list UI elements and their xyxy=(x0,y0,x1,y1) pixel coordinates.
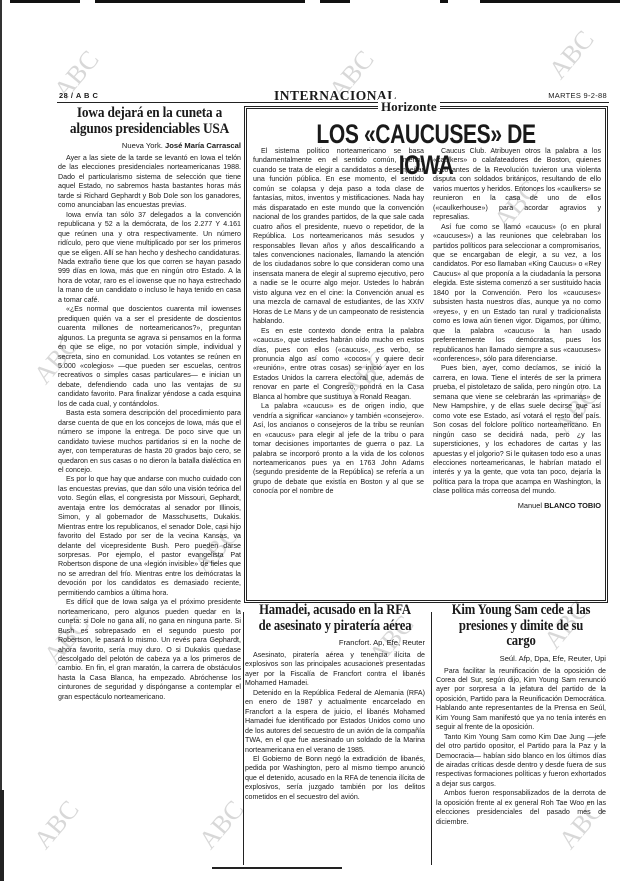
paragraph: Pues bien, ayer, como decíamos, se inici… xyxy=(433,364,601,496)
issue-date: MARTES 9-2-88 xyxy=(548,91,607,100)
author: José María Carrascal xyxy=(165,141,241,150)
column-kicker: Horizonte xyxy=(378,99,440,115)
abc-watermark: ABC xyxy=(28,795,85,855)
horizonte-column: Horizonte LOS «CAUCUSES» DE IOWA El sist… xyxy=(244,106,608,603)
footer-rule xyxy=(212,867,342,869)
article-byline: Nueva York. José María Carrascal xyxy=(58,141,241,150)
paragraph: Detenido en la República Federal de Alem… xyxy=(245,689,425,755)
paragraph: El sistema político norteamericano se ba… xyxy=(253,147,424,327)
column-text-left: El sistema político norteamericano se ba… xyxy=(253,147,424,497)
paragraph: Es difícil que de Iowa salga ya el próxi… xyxy=(58,598,241,702)
paragraph: Es por lo que hay que andarse con mucho … xyxy=(58,475,241,598)
paragraph: Ambos fueron responsabilizados de la der… xyxy=(436,789,606,827)
paragraph: Basta esta somera descripción del proced… xyxy=(58,409,241,475)
paragraph: Ayer a las siete de la tarde se levantó … xyxy=(58,154,241,211)
column-divider xyxy=(243,612,244,865)
paragraph: Tanto Kim Young Sam como Kim Dae Jung —j… xyxy=(436,733,606,790)
column-signature: Manuel BLANCO TOBIO xyxy=(433,501,601,510)
paragraph: Es en este contexto donde entra la palab… xyxy=(253,327,424,403)
paragraph: La palabra «caucus» es de origen indio, … xyxy=(253,402,424,497)
paragraph: El Gobierno de Bonn negó la extradición … xyxy=(245,755,425,802)
article-dateline: Seúl. Afp, Dpa, Efe, Reuter, Upi xyxy=(436,654,606,663)
page-edge-shadow xyxy=(0,790,4,881)
previous-page-edge xyxy=(0,0,620,5)
article-headline: Hamadei, acusado en la RFA de asesinato … xyxy=(256,603,414,634)
article-hamadei: Hamadei, acusado en la RFA de asesinato … xyxy=(245,603,425,802)
paragraph: Así fue como se llamó «caucus» (o en plu… xyxy=(433,223,601,365)
paragraph: Para facilitar la reunificación de la op… xyxy=(436,667,606,733)
page-header: 28 / A B C INTERNACIONAL MARTES 9-2-88 xyxy=(57,88,609,103)
column-divider xyxy=(431,612,432,865)
article-body: Asesinato, piratería aérea y tenencia il… xyxy=(245,651,425,802)
article-headline: Kim Young Sam cede a las presiones y dim… xyxy=(446,603,596,650)
paragraph: «¿Es normal que doscientos cuarenta mil … xyxy=(58,305,241,409)
article-headline: Iowa dejará en la cuneta a algunos presi… xyxy=(67,106,232,137)
article-iowa: Iowa dejará en la cuneta a algunos presi… xyxy=(58,106,241,702)
author-first-name: Manuel xyxy=(518,501,542,510)
abc-watermark: ABC xyxy=(543,25,600,85)
column-text-right: Caucus Club. Atribuyen otros la palabra … xyxy=(433,147,601,510)
article-dateline: Francfort. Ap, Efe, Reuter xyxy=(245,638,425,647)
paragraph: Iowa envía tan sólo 37 delegados a la co… xyxy=(58,211,241,306)
article-body: Ayer a las siete de la tarde se levantó … xyxy=(58,154,241,702)
paragraph: Asesinato, piratería aérea y tenencia il… xyxy=(245,651,425,689)
article-body: Para facilitar la reunificación de la op… xyxy=(436,667,606,828)
page-edge xyxy=(0,0,2,881)
paragraph: Caucus Club. Atribuyen otros la palabra … xyxy=(433,147,601,223)
article-kim-young-sam: Kim Young Sam cede a las presiones y dim… xyxy=(436,603,606,827)
abc-watermark: ABC xyxy=(193,795,250,855)
dateline: Nueva York. xyxy=(122,141,163,150)
author-last-name: BLANCO TOBIO xyxy=(544,501,601,510)
page-number: 28 / A B C xyxy=(59,91,98,100)
